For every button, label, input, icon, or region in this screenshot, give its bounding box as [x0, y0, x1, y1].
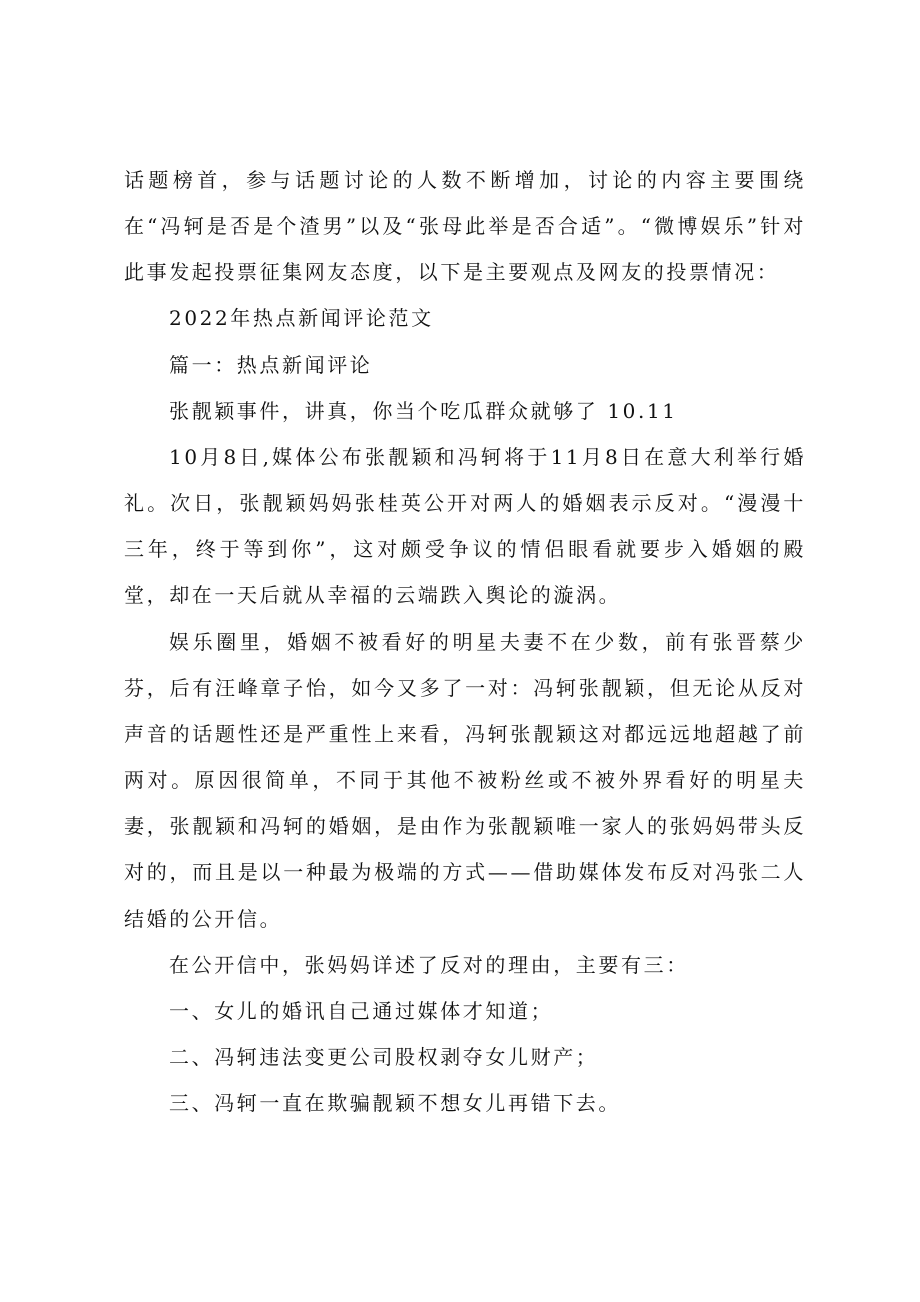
paragraph-event-summary: 10月8日,媒体公布张靓颖和冯轲将于11月8日在意大利举行婚礼。次日，张靓颖妈妈… — [124, 434, 806, 619]
document-page: 话题榜首，参与话题讨论的人数不断增加，讨论的内容主要围绕在“冯轲是否是个渣男”以… — [124, 157, 806, 1126]
paragraph-intro-continued: 话题榜首，参与话题讨论的人数不断增加，讨论的内容主要围绕在“冯轲是否是个渣男”以… — [124, 157, 806, 295]
paragraph-reason-one: 一、女儿的婚讯自己通过媒体才知道； — [124, 988, 806, 1034]
paragraph-reason-two: 二、冯轲违法变更公司股权剥夺女儿财产； — [124, 1034, 806, 1080]
paragraph-article-title: 张靓颖事件，讲真，你当个吃瓜群众就够了 10.11 — [124, 388, 806, 434]
paragraph-collection-title: 2022年热点新闻评论范文 — [124, 295, 806, 341]
paragraph-reasons-intro: 在公开信中，张妈妈详述了反对的理由，主要有三： — [124, 942, 806, 988]
paragraph-section-heading: 篇一：热点新闻评论 — [124, 342, 806, 388]
paragraph-reason-three: 三、冯轲一直在欺骗靓颖不想女儿再错下去。 — [124, 1080, 806, 1126]
paragraph-analysis: 娱乐圈里，婚姻不被看好的明星夫妻不在少数，前有张晋蔡少芬，后有汪峰章子怡，如今又… — [124, 619, 806, 942]
